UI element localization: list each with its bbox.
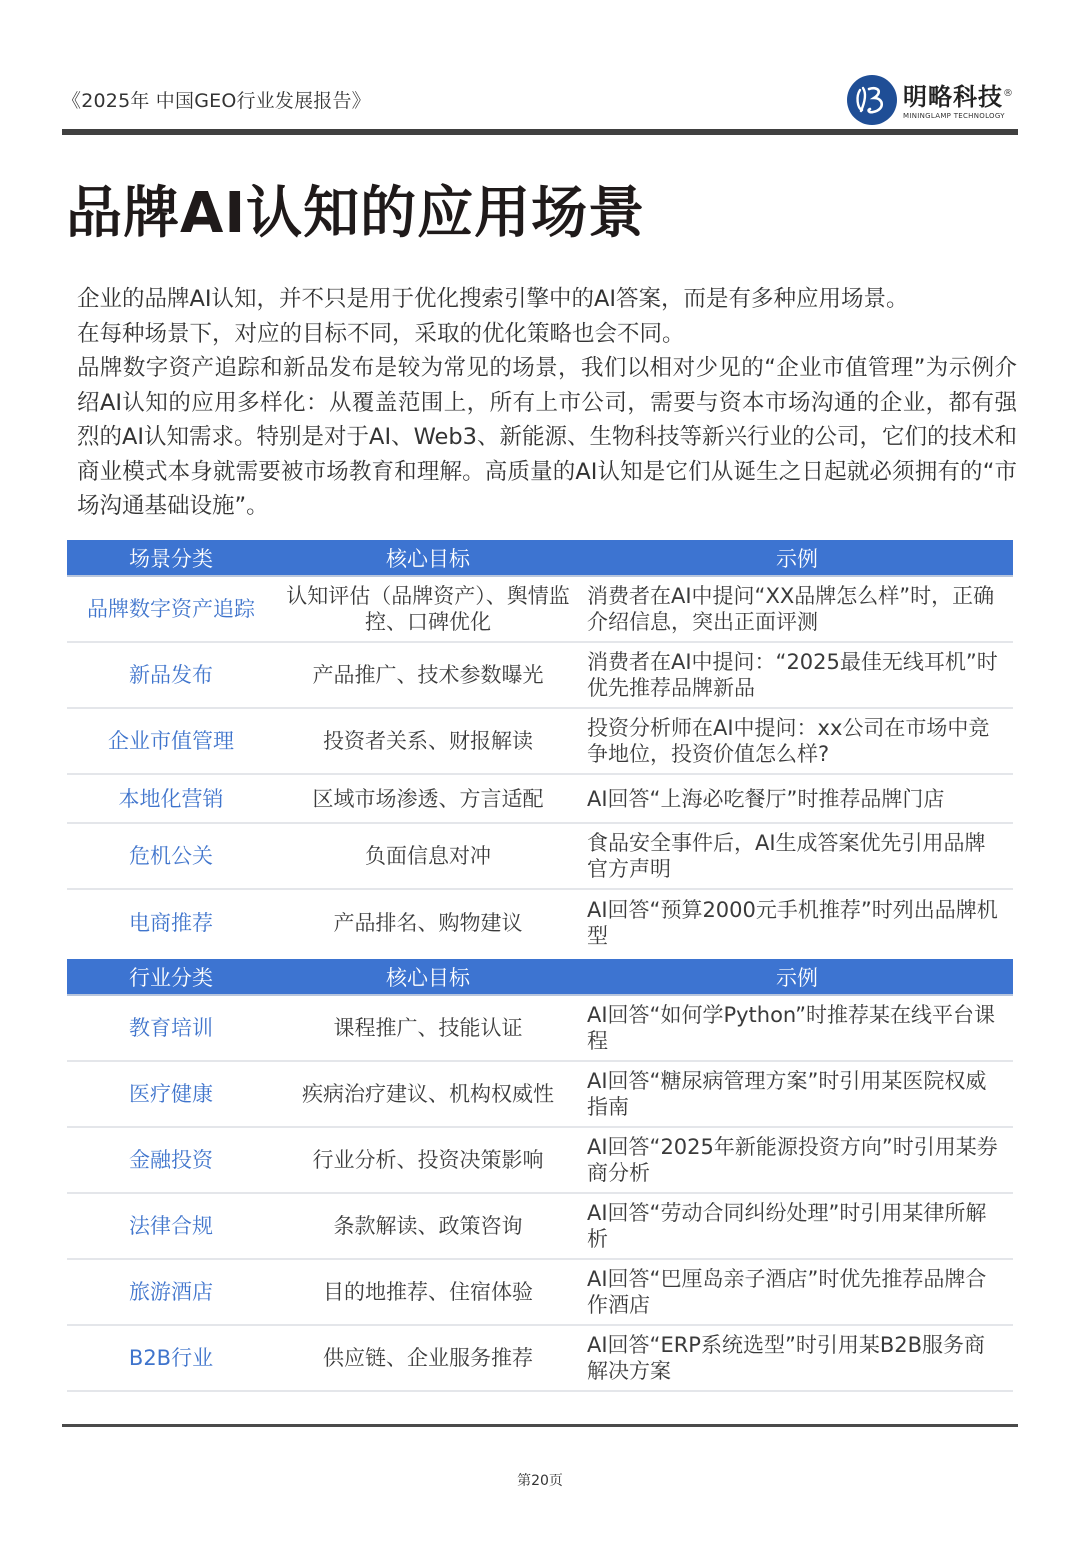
company-logo: 明略科技® MININGLAMP TECHNOLOGY — [847, 72, 1014, 128]
category-cell: 金融投资 — [67, 1147, 275, 1173]
table-row: 教育培训 课程推广、技能认证 AI回答“如何学Python”时推荐某在线平台课程 — [67, 996, 1013, 1062]
goal-cell: 产品排名、购物建议 — [275, 910, 581, 936]
intro-paragraph: 品牌数字资产追踪和新品发布是较为常见的场景，我们以相对少见的“企业市值管理”为示… — [77, 351, 1017, 524]
page-number: 第20页 — [0, 1470, 1080, 1490]
column-header-goal: 核心目标 — [275, 962, 581, 992]
goal-cell: 条款解读、政策咨询 — [275, 1213, 581, 1239]
table-row: 品牌数字资产追踪 认知评估（品牌资产）、舆情监控、口碑优化 消费者在AI中提问“… — [67, 577, 1013, 643]
goal-cell: 区域市场渗透、方言适配 — [275, 786, 581, 812]
example-cell: AI回答“2025年新能源投资方向”时引用某券商分析 — [581, 1134, 1013, 1186]
example-cell: 消费者在AI中提问：“2025最佳无线耳机”时优先推荐品牌新品 — [581, 649, 1013, 701]
goal-cell: 产品推广、技术参数曝光 — [275, 662, 581, 688]
report-title: 《2025年 中国GEO行业发展报告》 — [62, 86, 371, 113]
registered-mark: ® — [1003, 88, 1014, 99]
column-header-example: 示例 — [581, 962, 1013, 992]
table-row: 医疗健康 疾病治疗建议、机构权威性 AI回答“糖尿病管理方案”时引用某医院权威指… — [67, 1062, 1013, 1128]
example-cell: AI回答“如何学Python”时推荐某在线平台课程 — [581, 1002, 1013, 1054]
table-row: B2B行业 供应链、企业服务推荐 AI回答“ERP系统选型”时引用某B2B服务商… — [67, 1326, 1013, 1392]
intro-text: 企业的品牌AI认知，并不只是用于优化搜索引擎中的AI答案，而是有多种应用场景。 … — [77, 282, 1017, 524]
column-header-goal: 核心目标 — [275, 543, 581, 573]
header-divider — [62, 129, 1018, 135]
goal-cell: 课程推广、技能认证 — [275, 1015, 581, 1041]
industry-table: 行业分类 核心目标 示例 教育培训 课程推广、技能认证 AI回答“如何学Pyth… — [67, 959, 1013, 1392]
page-title: 品牌AI认知的应用场景 — [66, 178, 645, 250]
category-cell: 旅游酒店 — [67, 1279, 275, 1305]
table-row: 危机公关 负面信息对冲 食品安全事件后，AI生成答案优先引用品牌官方声明 — [67, 824, 1013, 890]
goal-cell: 目的地推荐、住宿体验 — [275, 1279, 581, 1305]
logo-name-en: MININGLAMP TECHNOLOGY — [903, 111, 1014, 121]
table-row: 金融投资 行业分析、投资决策影响 AI回答“2025年新能源投资方向”时引用某券… — [67, 1128, 1013, 1194]
category-cell: B2B行业 — [67, 1345, 275, 1371]
scenario-table: 场景分类 核心目标 示例 品牌数字资产追踪 认知评估（品牌资产）、舆情监控、口碑… — [67, 540, 1013, 956]
goal-cell: 行业分析、投资决策影响 — [275, 1147, 581, 1173]
footer-divider — [62, 1424, 1018, 1427]
example-cell: 消费者在AI中提问“XX品牌怎么样”时，正确介绍信息，突出正面评测 — [581, 583, 1013, 635]
category-cell: 危机公关 — [67, 843, 275, 869]
example-cell: 食品安全事件后，AI生成答案优先引用品牌官方声明 — [581, 830, 1013, 882]
goal-cell: 认知评估（品牌资产）、舆情监控、口碑优化 — [275, 583, 581, 635]
column-header-category: 场景分类 — [67, 543, 275, 573]
example-cell: AI回答“劳动合同纠纷处理”时引用某律所解析 — [581, 1200, 1013, 1252]
goal-cell: 供应链、企业服务推荐 — [275, 1345, 581, 1371]
example-cell: AI回答“糖尿病管理方案”时引用某医院权威指南 — [581, 1068, 1013, 1120]
table-row: 本地化营销 区域市场渗透、方言适配 AI回答“上海必吃餐厅”时推荐品牌门店 — [67, 775, 1013, 824]
table-row: 企业市值管理 投资者关系、财报解读 投资分析师在AI中提问：xx公司在市场中竞争… — [67, 709, 1013, 775]
example-cell: AI回答“预算2000元手机推荐”时列出品牌机型 — [581, 897, 1013, 949]
example-cell: AI回答“ERP系统选型”时引用某B2B服务商解决方案 — [581, 1332, 1013, 1384]
category-cell: 本地化营销 — [67, 786, 275, 812]
category-cell: 教育培训 — [67, 1015, 275, 1041]
example-cell: 投资分析师在AI中提问：xx公司在市场中竞争地位，投资价值怎么样? — [581, 715, 1013, 767]
report-page: 《2025年 中国GEO行业发展报告》 明略科技® MININGLAMP TEC… — [0, 0, 1080, 1560]
logo-name-cn: 明略科技 — [903, 83, 1003, 111]
category-cell: 企业市值管理 — [67, 728, 275, 754]
table-row: 旅游酒店 目的地推荐、住宿体验 AI回答“巴厘岛亲子酒店”时优先推荐品牌合作酒店 — [67, 1260, 1013, 1326]
table-header: 场景分类 核心目标 示例 — [67, 540, 1013, 577]
goal-cell: 负面信息对冲 — [275, 843, 581, 869]
example-cell: AI回答“上海必吃餐厅”时推荐品牌门店 — [581, 786, 1013, 812]
column-header-category: 行业分类 — [67, 962, 275, 992]
category-cell: 品牌数字资产追踪 — [67, 596, 275, 622]
table-row: 法律合规 条款解读、政策咨询 AI回答“劳动合同纠纷处理”时引用某律所解析 — [67, 1194, 1013, 1260]
intro-paragraph: 企业的品牌AI认知，并不只是用于优化搜索引擎中的AI答案，而是有多种应用场景。 — [77, 282, 1017, 317]
goal-cell: 疾病治疗建议、机构权威性 — [275, 1081, 581, 1107]
category-cell: 医疗健康 — [67, 1081, 275, 1107]
category-cell: 法律合规 — [67, 1213, 275, 1239]
table-row: 新品发布 产品推广、技术参数曝光 消费者在AI中提问：“2025最佳无线耳机”时… — [67, 643, 1013, 709]
table-header: 行业分类 核心目标 示例 — [67, 959, 1013, 996]
intro-paragraph: 在每种场景下，对应的目标不同，采取的优化策略也会不同。 — [77, 317, 1017, 352]
category-cell: 新品发布 — [67, 662, 275, 688]
mininglamp-logo-icon — [847, 75, 897, 125]
category-cell: 电商推荐 — [67, 910, 275, 936]
goal-cell: 投资者关系、财报解读 — [275, 728, 581, 754]
page-header: 《2025年 中国GEO行业发展报告》 明略科技® MININGLAMP TEC… — [62, 72, 1018, 128]
column-header-example: 示例 — [581, 543, 1013, 573]
example-cell: AI回答“巴厘岛亲子酒店”时优先推荐品牌合作酒店 — [581, 1266, 1013, 1318]
table-row: 电商推荐 产品排名、购物建议 AI回答“预算2000元手机推荐”时列出品牌机型 — [67, 890, 1013, 956]
